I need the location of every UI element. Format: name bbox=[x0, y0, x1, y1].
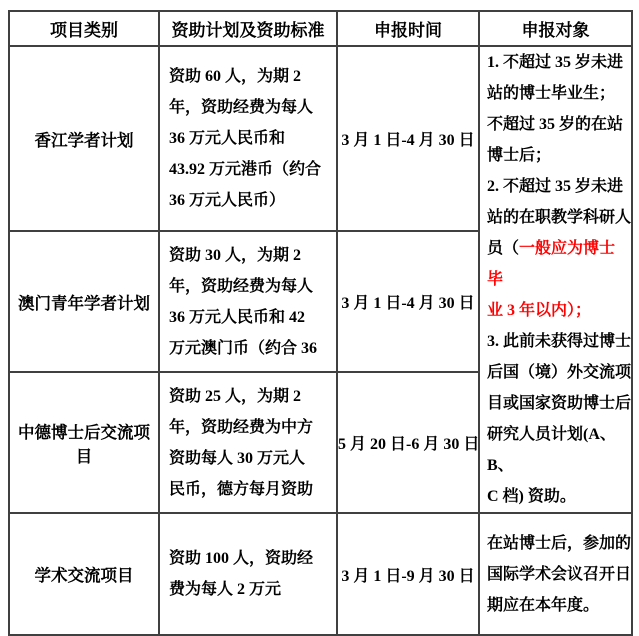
header-project-category: 项目类别 bbox=[9, 11, 159, 46]
plan-cell-macau: 资助 30 人，为期 2 年，资助经费为每人 36 万元人民币和 42 万元澳门… bbox=[159, 231, 337, 372]
header-application-time: 申报时间 bbox=[337, 11, 479, 46]
plan-cell-sino-german: 资助 25 人，为期 2 年，资助经费为中方 资助每人 30 万元人 民币，德方… bbox=[159, 372, 337, 513]
target-text-black-1: 1. 不超过 35 岁未进 站的博士毕业生； 不超过 35 岁的在站 博士后； … bbox=[487, 54, 631, 257]
table-row: 学术交流项目 资助 100 人，资助经 费为每人 2 万元 3 月 1 日-9 … bbox=[9, 513, 632, 635]
time-cell-macau: 3 月 1 日-4 月 30 日 bbox=[337, 231, 479, 372]
time-cell-academic-exchange: 3 月 1 日-9 月 30 日 bbox=[337, 513, 479, 635]
target-text-black-2: 3. 此前未获得过博士 后国（境）外交流项 目或国家资助博士后 研究人员计划(A… bbox=[487, 333, 631, 505]
document-page: 项目类别 资助计划及资助标准 申报时间 申报对象 香江学者计划 资助 60 人，… bbox=[0, 0, 639, 636]
table-row: 香江学者计划 资助 60 人，为期 2 年，资助经费为每人 36 万元人民币和 … bbox=[9, 46, 632, 231]
plan-cell-xiangjiang: 资助 60 人，为期 2 年，资助经费为每人 36 万元人民币和 43.92 万… bbox=[159, 46, 337, 231]
merged-target-cell: 1. 不超过 35 岁未进 站的博士毕业生； 不超过 35 岁的在站 博士后； … bbox=[479, 46, 632, 513]
header-funding-plan-standard: 资助计划及资助标准 bbox=[159, 11, 337, 46]
time-cell-xiangjiang: 3 月 1 日-4 月 30 日 bbox=[337, 46, 479, 231]
category-cell-macau: 澳门青年学者计划 bbox=[9, 231, 159, 372]
category-cell-xiangjiang: 香江学者计划 bbox=[9, 46, 159, 231]
target-cell-academic-exchange: 在站博士后，参加的 国际学术会议召开日 期应在本年度。 bbox=[479, 513, 632, 635]
plan-cell-academic-exchange: 资助 100 人，资助经 费为每人 2 万元 bbox=[159, 513, 337, 635]
category-cell-sino-german: 中德博士后交流项目 bbox=[9, 372, 159, 513]
time-cell-sino-german: 5 月 20 日-6 月 30 日 bbox=[337, 372, 479, 513]
table-header-row: 项目类别 资助计划及资助标准 申报时间 申报对象 bbox=[9, 11, 632, 46]
category-cell-academic-exchange: 学术交流项目 bbox=[9, 513, 159, 635]
grant-programs-table: 项目类别 资助计划及资助标准 申报时间 申报对象 香江学者计划 资助 60 人，… bbox=[8, 10, 633, 636]
header-application-target: 申报对象 bbox=[479, 11, 632, 46]
